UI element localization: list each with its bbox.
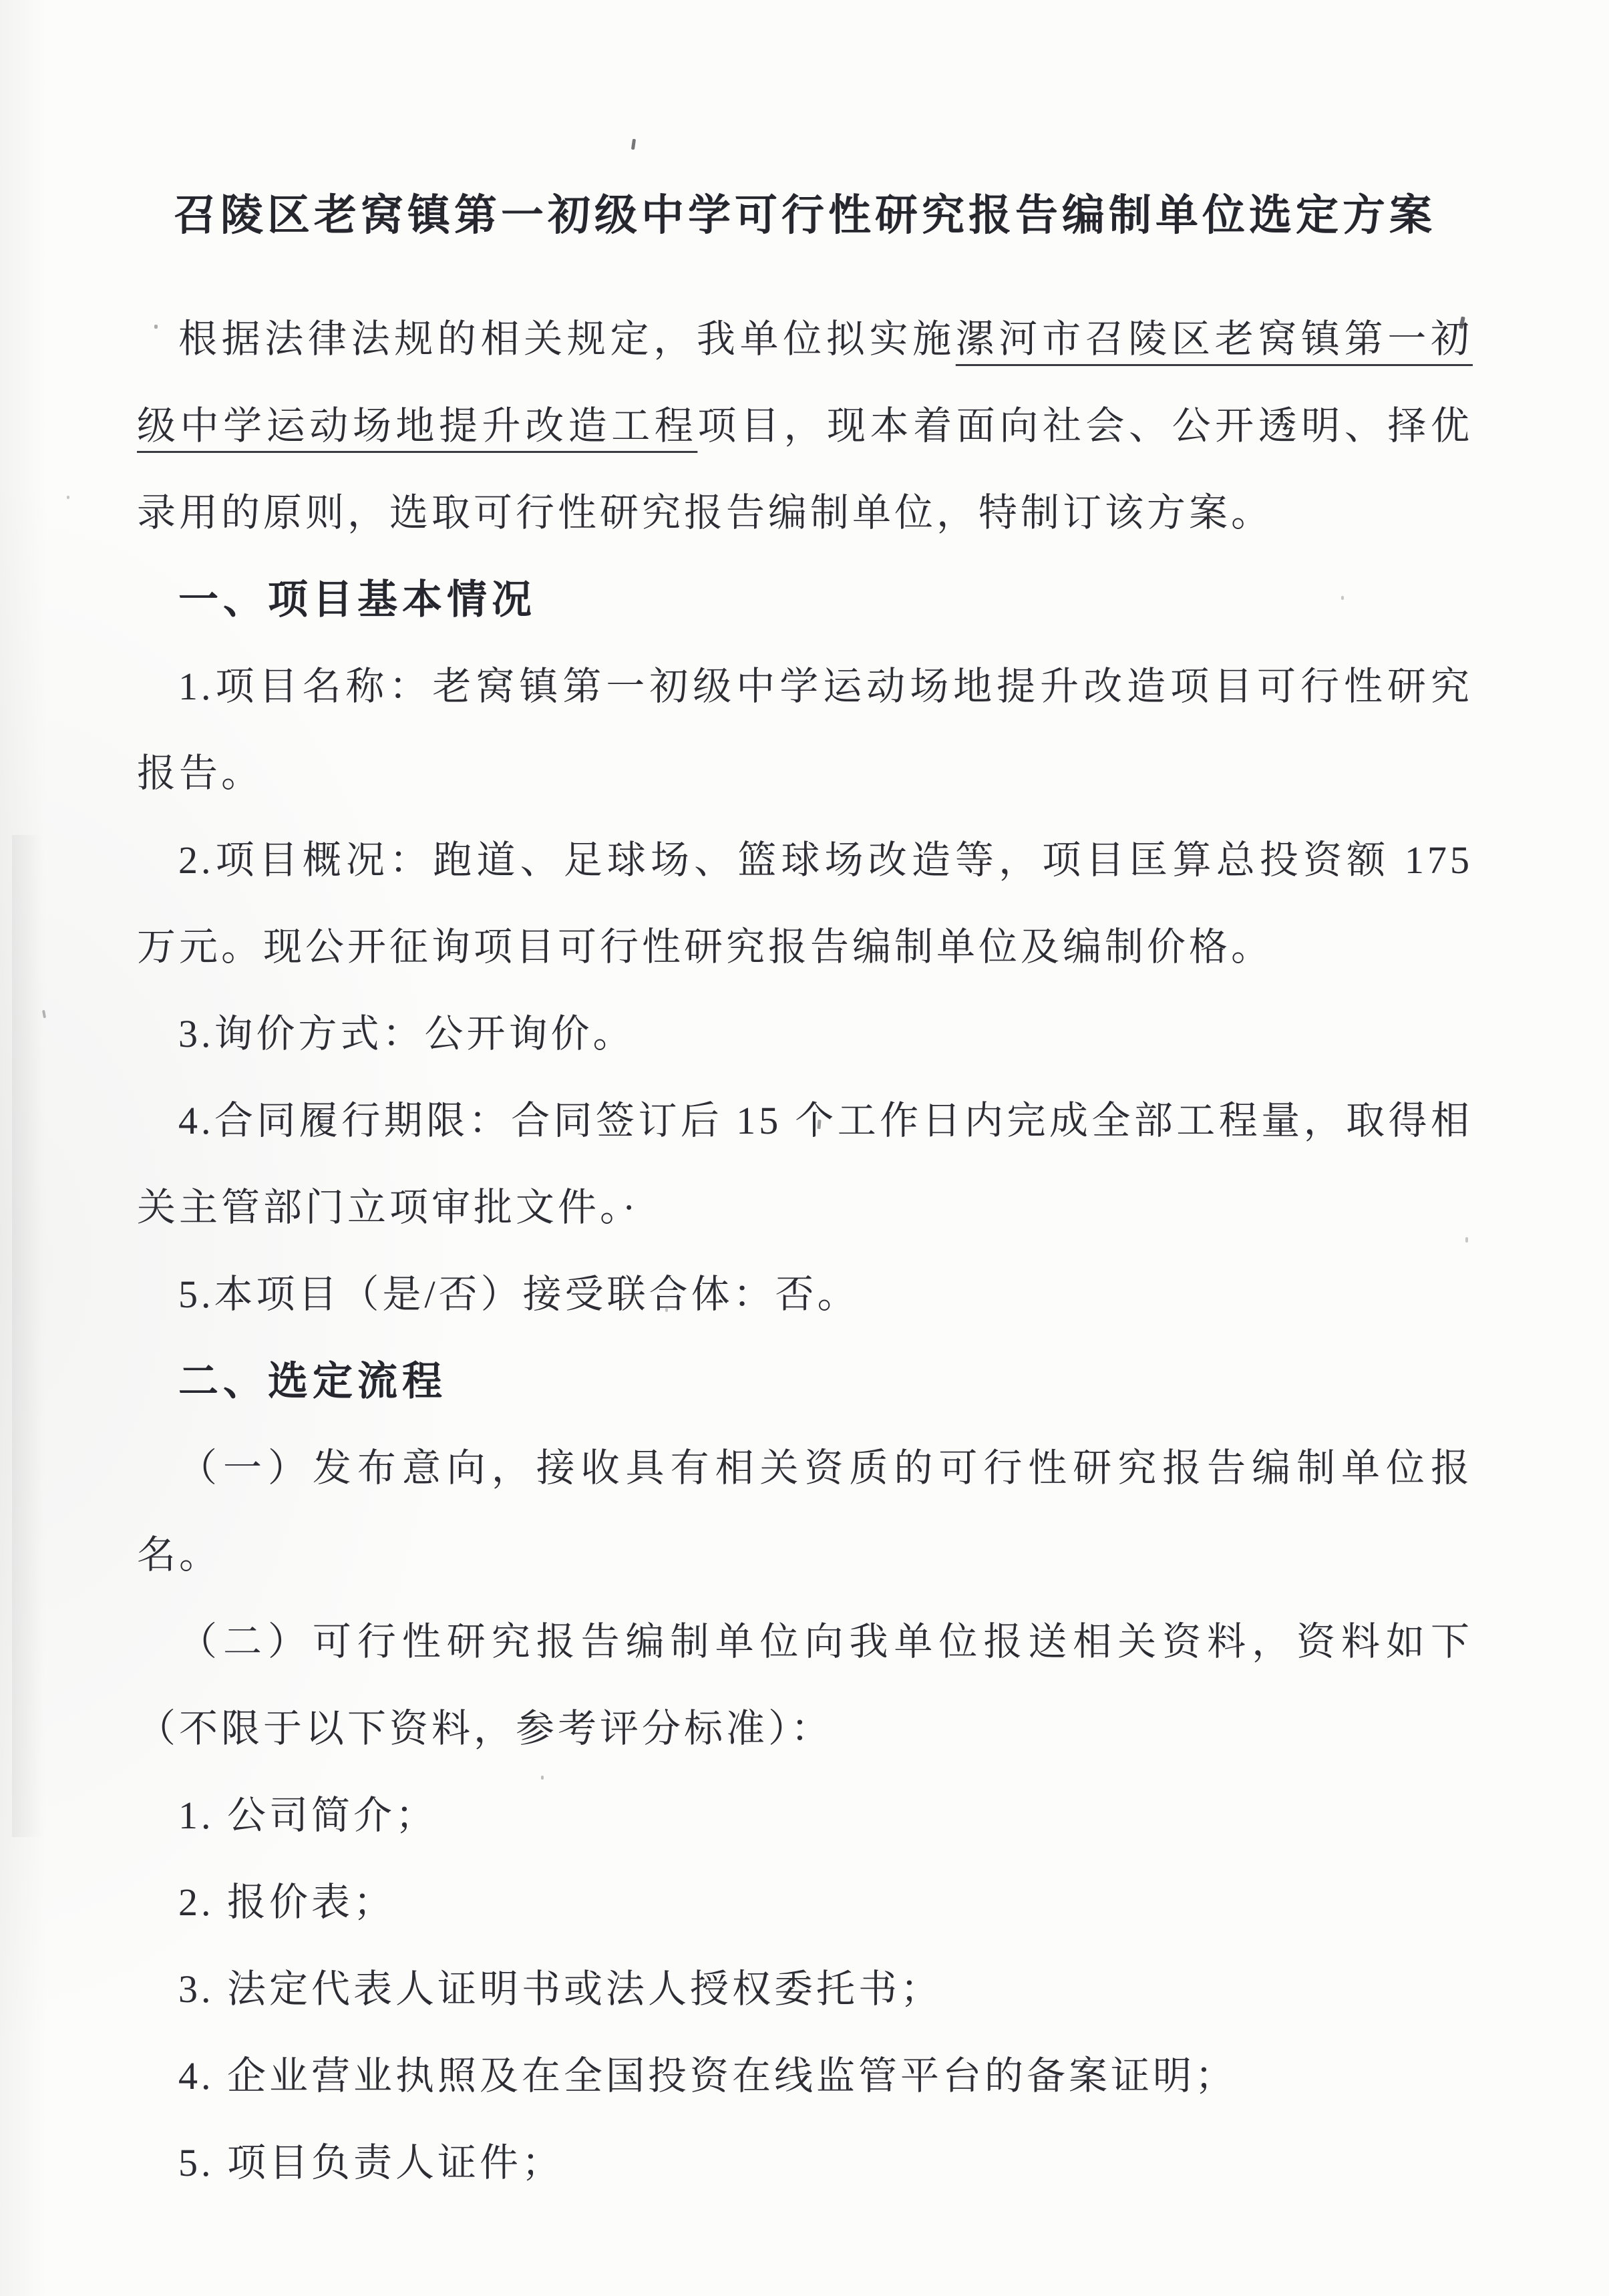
scan-speck xyxy=(154,325,158,329)
intro-paragraph: 根据法律法规的相关规定，我单位拟实施漯河市召陵区老窝镇第一初级中学运动场地提升改… xyxy=(137,296,1473,556)
scanned-document-page: 召陵区老窝镇第一初级中学可行性研究报告编制单位选定方案 根据法律法规的相关规定，… xyxy=(0,0,1609,2296)
section-1-item-project-overview: 2.项目概况：跑道、足球场、篮球场改造等，项目匡算总投资额 175 万元。现公开… xyxy=(137,817,1473,991)
document-body: 根据法律法规的相关规定，我单位拟实施漯河市召陵区老窝镇第一初级中学运动场地提升改… xyxy=(137,296,1473,2206)
material-item-company-profile: 1. 公司简介； xyxy=(137,1772,1473,1859)
document-title: 召陵区老窝镇第一初级中学可行性研究报告编制单位选定方案 xyxy=(137,0,1473,249)
section-1-heading: 一、项目基本情况 xyxy=(137,556,1473,643)
section-1-item-inquiry-method: 3.询价方式：公开询价。 xyxy=(137,991,1473,1078)
scan-speck xyxy=(541,1776,544,1780)
section-2-item-announce: （一）发布意向，接收具有相关资质的可行性研究报告编制单位报名。 xyxy=(137,1425,1473,1599)
scan-speck xyxy=(1465,1237,1468,1243)
scan-speck xyxy=(67,496,69,499)
material-item-quotation: 2. 报价表； xyxy=(137,1859,1473,1946)
scan-speck xyxy=(1341,596,1344,600)
section-1-item-contract-term: 4.合同履行期限：合同签订后 15 个工作日内完成全部工程量，取得相关主管部门立… xyxy=(137,1078,1473,1251)
section-1-item-project-name: 1.项目名称：老窝镇第一初级中学运动场地提升改造项目可行性研究报告。 xyxy=(137,643,1473,817)
document-content: 召陵区老窝镇第一初级中学可行性研究报告编制单位选定方案 根据法律法规的相关规定，… xyxy=(137,0,1473,2206)
section-2-heading: 二、选定流程 xyxy=(137,1338,1473,1425)
material-item-manager-cert: 5. 项目负责人证件； xyxy=(137,2120,1473,2206)
intro-lead-text: 根据法律法规的相关规定，我单位拟实施 xyxy=(178,317,956,361)
material-item-legal-rep-cert: 3. 法定代表人证明书或法人授权委托书； xyxy=(137,1946,1473,2033)
scan-speck xyxy=(42,1010,46,1019)
scan-speck xyxy=(665,1308,668,1312)
material-item-business-license: 4. 企业营业执照及在全国投资在线监管平台的备案证明； xyxy=(137,2033,1473,2120)
section-2-item-submit-materials: （二）可行性研究报告编制单位向我单位报送相关资料，资料如下（不限于以下资料，参考… xyxy=(137,1599,1473,1772)
paper-crease xyxy=(12,835,43,1837)
section-1-item-consortium: 5.本项目（是/否）接受联合体：否。 xyxy=(137,1251,1473,1338)
